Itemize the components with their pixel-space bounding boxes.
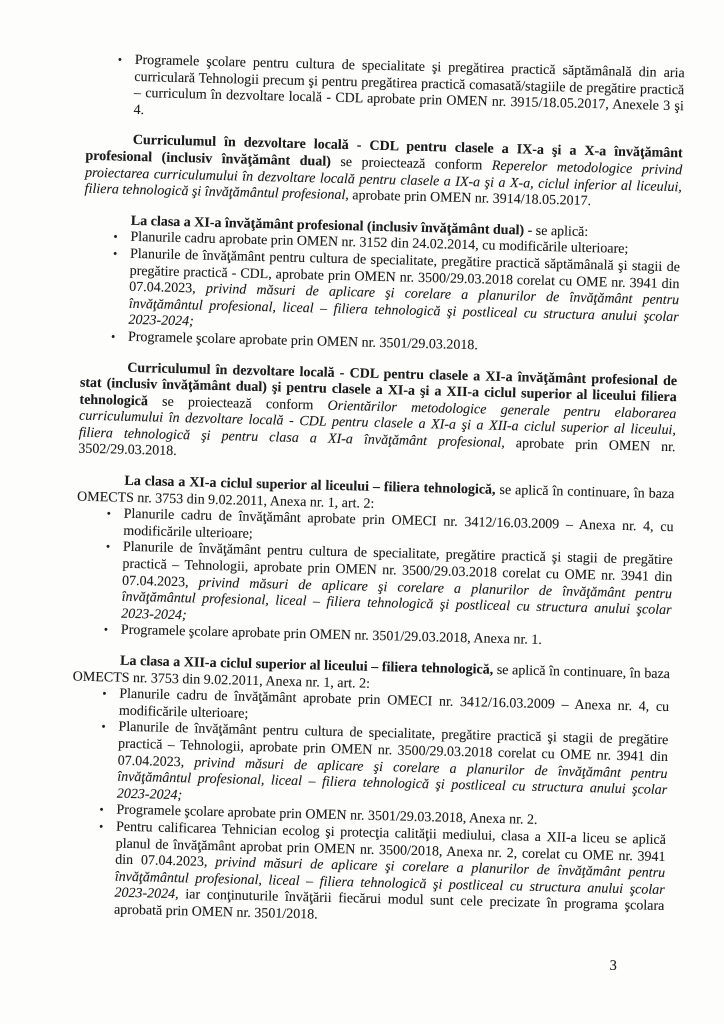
- bullet-list: •Planurile cadru aprobate prin OMEN nr. …: [81, 229, 681, 360]
- text-run: Programele şcolare pentru cultura de spe…: [133, 53, 684, 118]
- text-run: - se aplică:: [527, 223, 588, 239]
- list-item: •Planurile de învăţământ pentru cultura …: [81, 246, 680, 344]
- document-body: •Programele şcolare pentru cultura de sp…: [66, 52, 685, 975]
- bullet-list: •Programele şcolare pentru cultura de sp…: [86, 52, 684, 133]
- paragraph: Curriculumul în dezvoltare locală - CDL …: [78, 359, 677, 473]
- bullet-icon: •: [102, 685, 107, 702]
- list-block: •Programele şcolare pentru cultura de sp…: [86, 52, 684, 133]
- bullet-icon: •: [113, 229, 118, 246]
- list-item: •Planurile de învăţământ pentru cultura …: [70, 719, 669, 817]
- document-page: •Programele şcolare pentru cultura de sp…: [0, 0, 724, 1024]
- list-item: •Planurile de învăţământ pentru cultura …: [74, 539, 673, 637]
- section-block: La clasa a XI-a învăţământ profesional (…: [81, 212, 681, 359]
- bullet-icon: •: [107, 506, 112, 523]
- section-block: La clasa a XI-a ciclul superior al liceu…: [74, 473, 675, 653]
- paragraph-block: Curriculumul în dezvoltare locală - CDL …: [84, 132, 682, 213]
- bullet-icon: •: [113, 245, 118, 262]
- text-run: se proiectează conform: [340, 155, 492, 174]
- bullet-icon: •: [111, 328, 116, 345]
- bullet-icon: •: [104, 622, 109, 639]
- bullet-list: •Planurile cadru de învăţământ aprobate …: [74, 506, 674, 653]
- text-run: se proiectează conform: [162, 394, 328, 413]
- bullet-icon: •: [99, 802, 104, 819]
- list-item: •Pentru calificarea Tehnician ecolog şi …: [67, 818, 666, 932]
- section-block: La clasa a XII-a ciclul superior al lice…: [67, 653, 670, 933]
- bullet-icon: •: [101, 719, 106, 736]
- bullet-icon: •: [99, 818, 104, 835]
- bullet-icon: •: [106, 539, 111, 556]
- bullet-list: •Planurile cadru de învăţământ aprobate …: [67, 686, 669, 933]
- page-number: 3: [609, 957, 617, 973]
- paragraph-block: Curriculumul în dezvoltare locală - CDL …: [78, 359, 677, 473]
- bullet-icon: •: [118, 51, 123, 68]
- page-number-row: 3: [66, 944, 663, 975]
- paragraph: Curriculumul în dezvoltare locală - CDL …: [84, 132, 682, 213]
- list-item: •Programele şcolare pentru cultura de sp…: [86, 52, 684, 133]
